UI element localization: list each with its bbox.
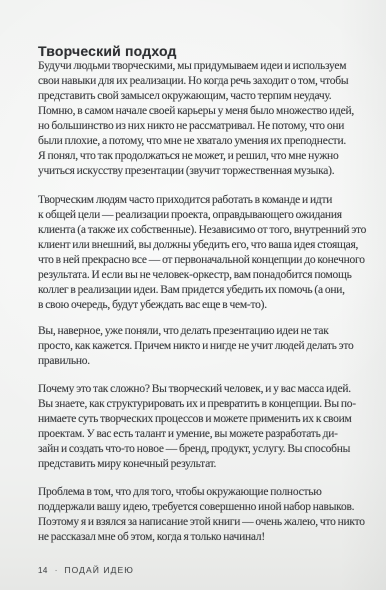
body-paragraph-1: Будучи людьми творческими, мы придумывае… [38, 59, 354, 179]
page-footer: 14 · ПОДАЙ ИДЕЮ [38, 565, 134, 575]
book-page-photo: { "page": { "title": "Творческий подход"… [0, 0, 386, 590]
chapter-title: Творческий подход [38, 43, 177, 59]
footer-separator: · [55, 566, 58, 575]
book-page: Творческий подход Будучи людьми творческ… [0, 0, 386, 590]
body-paragraph-5: Проблема в том, что для того, чтобы окру… [38, 485, 365, 545]
body-paragraph-2: Творческим людям часто приходится работа… [38, 193, 366, 313]
book-title: ПОДАЙ ИДЕЮ [64, 565, 134, 575]
page-number: 14 [38, 566, 48, 575]
body-paragraph-3: Вы, наверное, уже поняли, что делать пре… [38, 324, 354, 369]
body-paragraph-4: Почему это так сложно? Вы творческий чел… [38, 382, 356, 472]
